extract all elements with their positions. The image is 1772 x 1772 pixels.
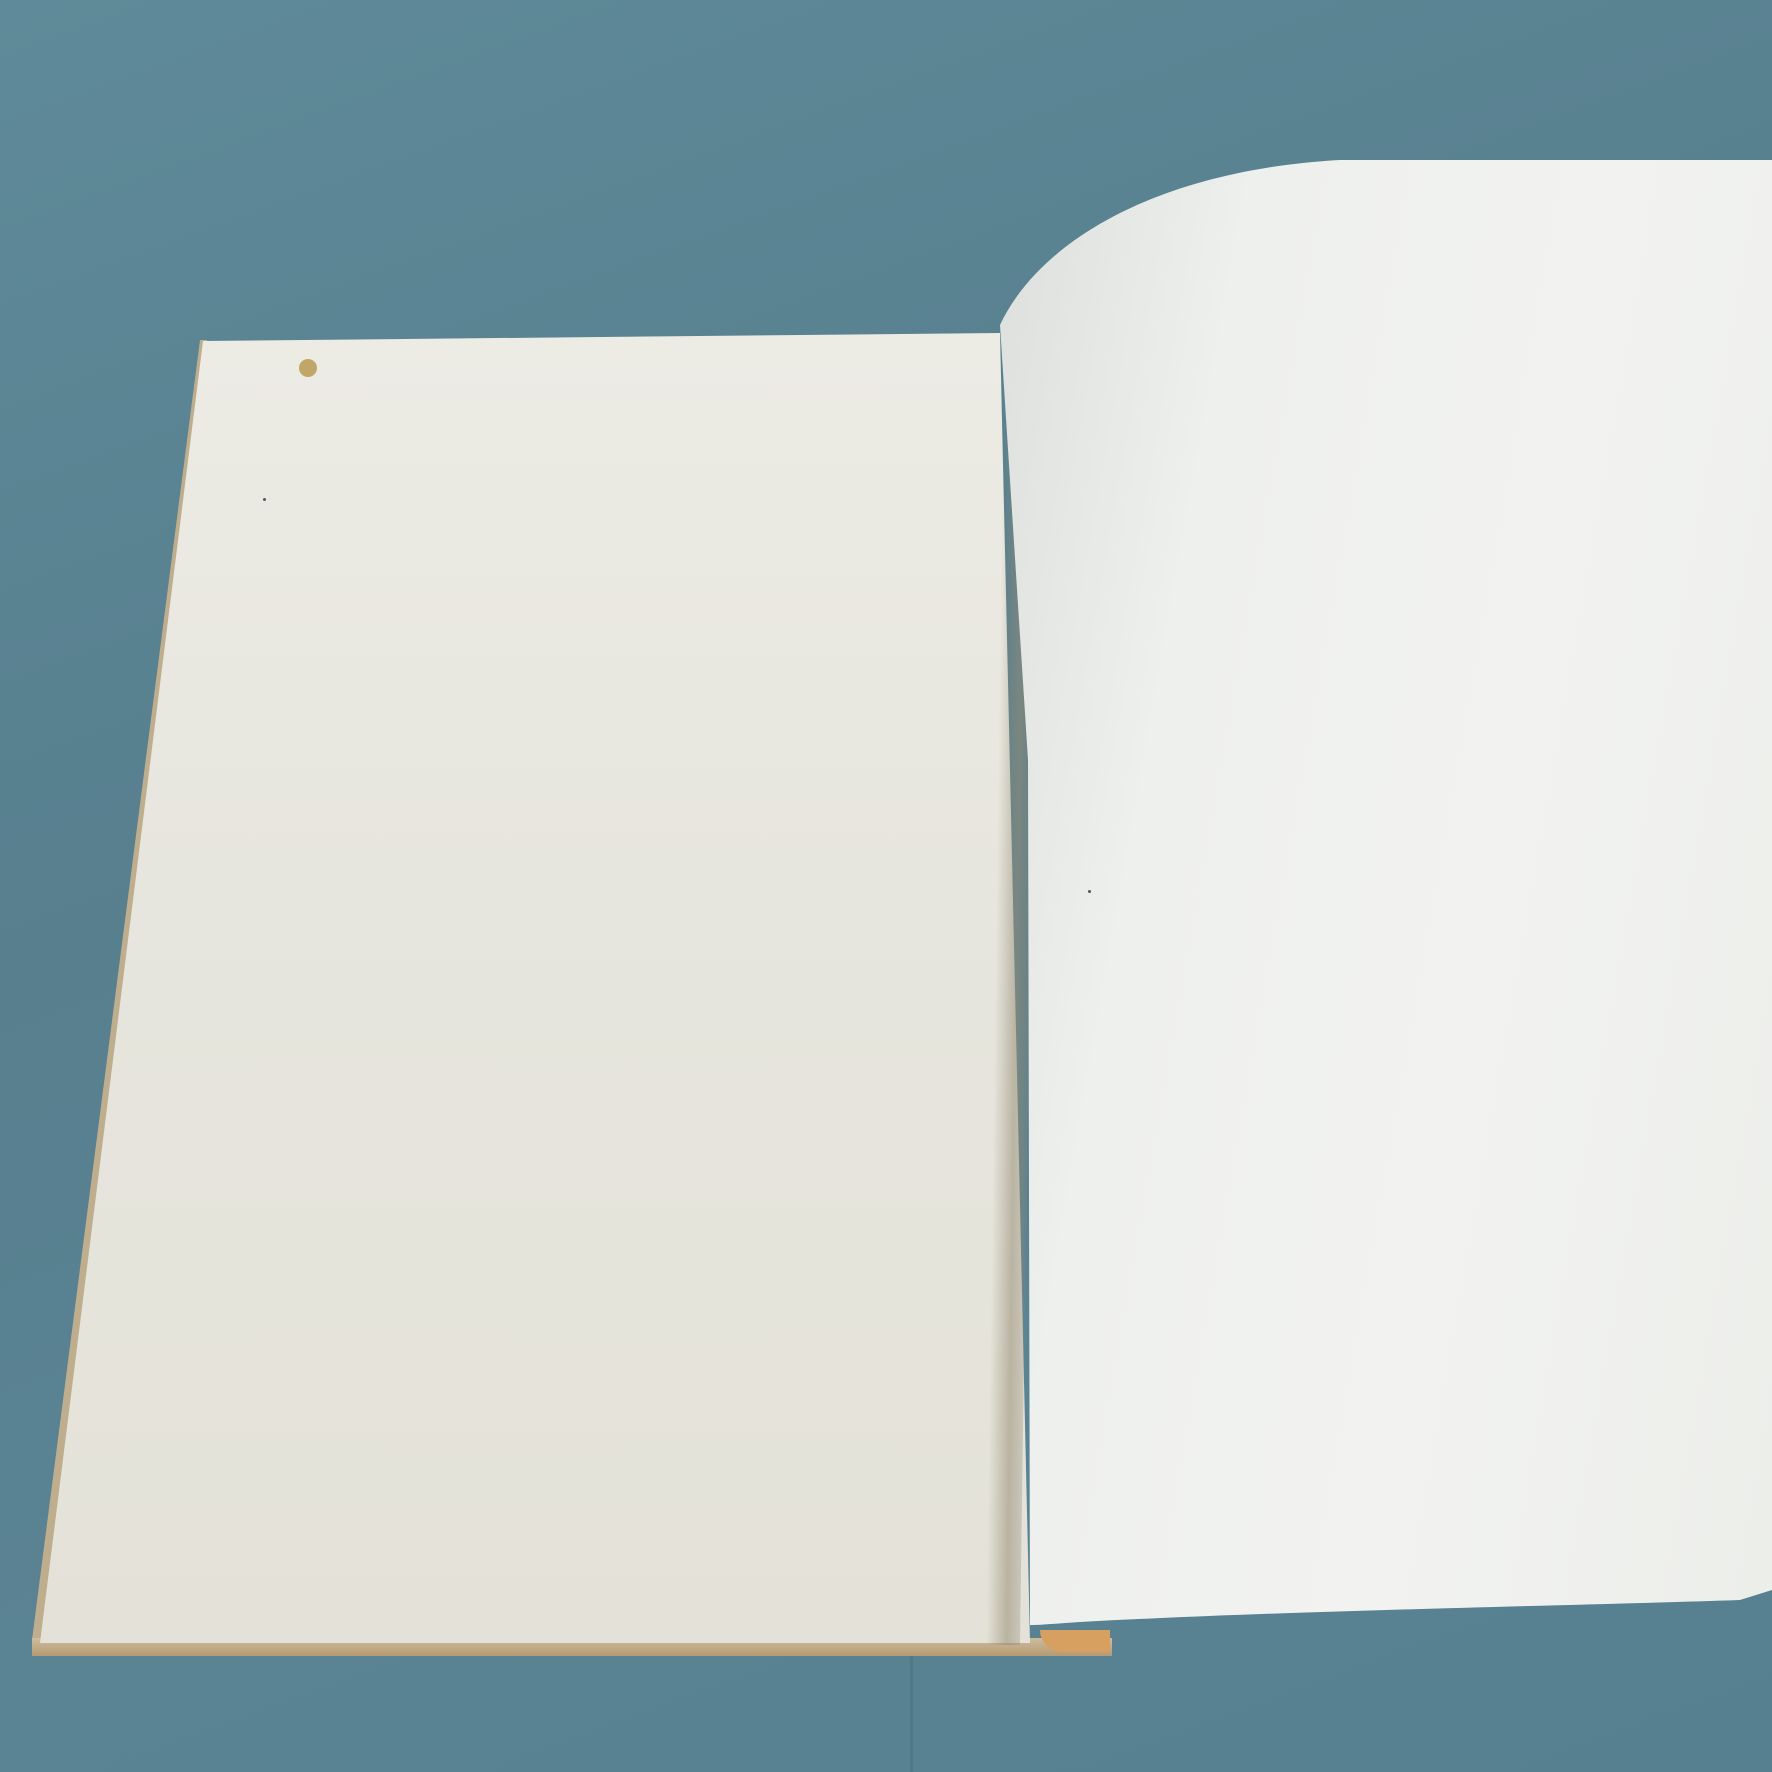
cover-corner xyxy=(1040,1630,1110,1652)
left-page xyxy=(40,333,1030,1643)
page-speck xyxy=(263,498,266,501)
page-speck xyxy=(1088,890,1091,893)
page-stain xyxy=(299,359,317,377)
right-page xyxy=(1000,160,1772,1625)
surface-seam xyxy=(910,1650,913,1772)
